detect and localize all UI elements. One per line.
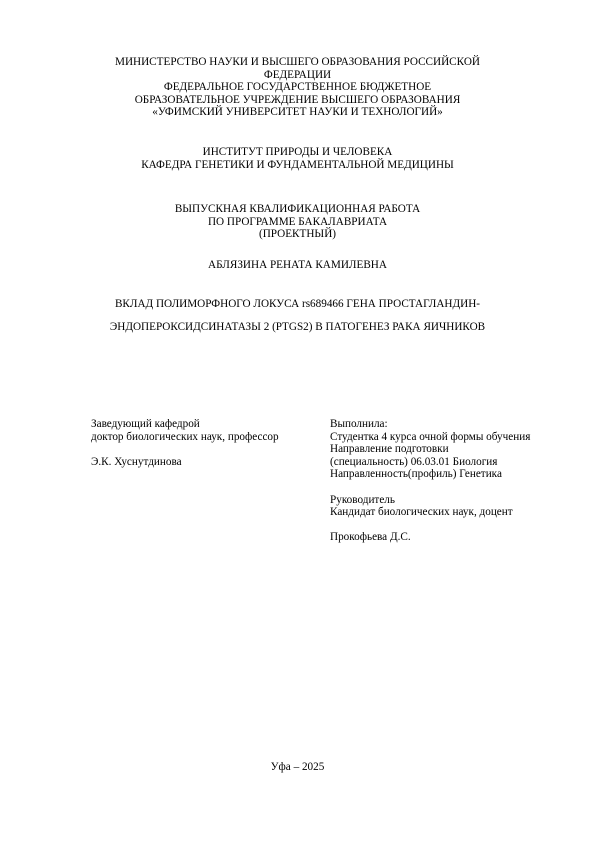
thesis-title-line2: ЭНДОПЕРОКСИДСИНАТАЗЫ 2 (PTGS2) В ПАТОГЕН… (0, 321, 595, 334)
profile: Направленность(профиль) Генетика (330, 468, 530, 481)
city-year: Уфа – 2025 (0, 761, 595, 774)
student-info: Студентка 4 курса очной формы обучения (330, 431, 530, 444)
department-name: КАФЕДРА ГЕНЕТИКИ И ФУНДАМЕНТАЛЬНОЙ МЕДИЦ… (0, 159, 595, 172)
performed-label: Выполнила: (330, 418, 530, 431)
ministry-line: ОБРАЗОВАТЕЛЬНОЕ УЧРЕЖДЕНИЕ ВЫСШЕГО ОБРАЗ… (0, 94, 595, 107)
work-type-line: ВЫПУСКНАЯ КВАЛИФИКАЦИОННАЯ РАБОТА (0, 203, 595, 216)
institute-name: ИНСТИТУТ ПРИРОДЫ И ЧЕЛОВЕКА (0, 146, 595, 159)
head-name: Э.К. Хуснутдинова (91, 456, 279, 469)
work-type-line: (ПРОЕКТНЫЙ) (0, 228, 595, 241)
head-degree: доктор биологических наук, профессор (91, 431, 279, 444)
head-of-department-block: Заведующий кафедрой доктор биологических… (91, 418, 279, 468)
supervisor-name: Прокофьева Д.С. (330, 531, 530, 544)
thesis-title-line1: ВКЛАД ПОЛИМОРФНОГО ЛОКУСА rs689466 ГЕНА … (0, 298, 595, 311)
ministry-line: ФЕДЕРАЦИИ (0, 69, 595, 82)
supervisor-label: Руководитель (330, 494, 530, 507)
specialty: (специальность) 06.03.01 Биология (330, 456, 530, 469)
work-type-line: ПО ПРОГРАММЕ БАКАЛАВРИАТА (0, 216, 595, 229)
head-position: Заведующий кафедрой (91, 418, 279, 431)
ministry-header: МИНИСТЕРСТВО НАУКИ И ВЫСШЕГО ОБРАЗОВАНИЯ… (0, 56, 595, 119)
performer-block: Выполнила: Студентка 4 курса очной формы… (330, 418, 530, 544)
institute-block: ИНСТИТУТ ПРИРОДЫ И ЧЕЛОВЕКА КАФЕДРА ГЕНЕ… (0, 146, 595, 171)
direction-label: Направление подготовки (330, 443, 530, 456)
supervisor-degree: Кандидат биологических наук, доцент (330, 506, 530, 519)
author-name: АБЛЯЗИНА РЕНАТА КАМИЛЕВНА (0, 259, 595, 272)
ministry-line: ФЕДЕРАЛЬНОЕ ГОСУДАРСТВЕННОЕ БЮДЖЕТНОЕ (0, 81, 595, 94)
ministry-line: МИНИСТЕРСТВО НАУКИ И ВЫСШЕГО ОБРАЗОВАНИЯ… (0, 56, 595, 69)
work-type-block: ВЫПУСКНАЯ КВАЛИФИКАЦИОННАЯ РАБОТА ПО ПРО… (0, 203, 595, 241)
university-name: «УФИМСКИЙ УНИВЕРСИТЕТ НАУКИ И ТЕХНОЛОГИЙ… (0, 106, 595, 119)
